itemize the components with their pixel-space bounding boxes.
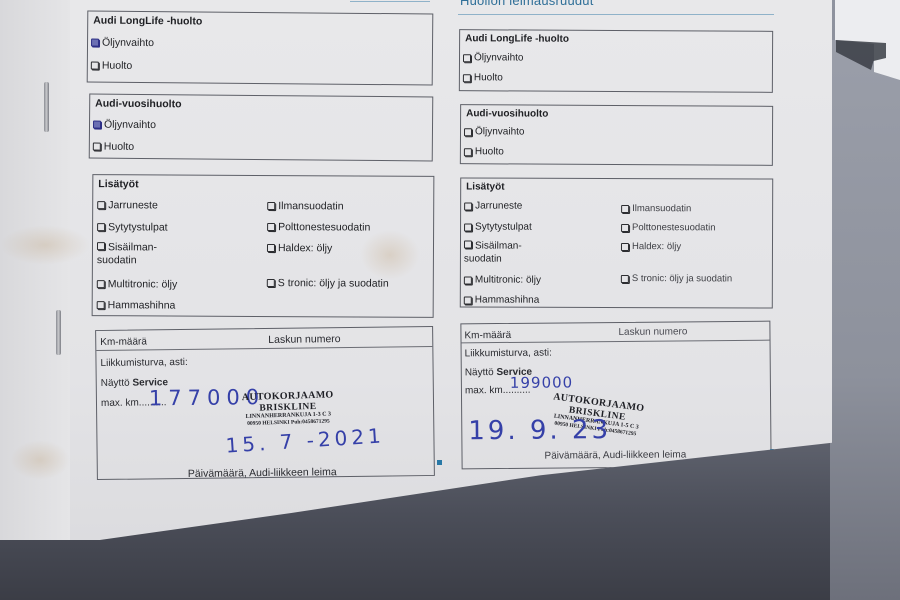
section-header: Audi-vuosihuolto <box>95 98 181 111</box>
workshop-stamp: AUTOKORJAAMO BRISKLINE LINNANHERRANKUJA … <box>223 389 354 428</box>
handwritten-date: 19. 9. 23 <box>468 415 611 446</box>
checkbox-item[interactable]: Öljynvaihto <box>463 52 524 63</box>
left-service-record: Km-määrä Laskun numero Liikkumisturva, a… <box>95 326 435 480</box>
checkbox-item[interactable]: Sisäilman-suodatin <box>464 239 539 265</box>
km-label: Km-määrä <box>464 330 511 341</box>
checkbox-label: Ilmansuodatin <box>632 203 691 214</box>
checkbox-item[interactable]: Öljynvaihto <box>91 37 154 50</box>
checkbox-item[interactable]: Öljynvaihto <box>93 119 156 132</box>
checkbox-icon[interactable] <box>621 205 629 213</box>
right-annual-section: Audi-vuosihuolto Öljynvaihto Huolto <box>460 104 773 166</box>
checkbox-label: Sytytystulpat <box>475 222 532 233</box>
checkbox-icon[interactable] <box>463 54 471 62</box>
checkbox-icon[interactable] <box>464 240 472 248</box>
checkbox-icon[interactable] <box>97 242 105 250</box>
invoice-label: Laskun numero <box>618 326 687 338</box>
checkbox-item[interactable]: Huolto <box>464 146 504 157</box>
checkbox-item[interactable]: Polttonestesuodatin <box>621 222 715 233</box>
checkbox-item[interactable]: Multitronic: öljy <box>97 278 177 290</box>
section-header: Audi LongLife -huolto <box>93 15 202 28</box>
checkbox-icon[interactable] <box>464 223 472 231</box>
checkbox-icon[interactable] <box>267 223 275 231</box>
checkbox-item[interactable]: Jarruneste <box>464 200 522 211</box>
checkbox-label: Sisäilman-suodatin <box>97 241 157 266</box>
section-header: Audi LongLife -huolto <box>465 33 569 45</box>
checkbox-icon[interactable] <box>464 296 472 304</box>
mobility-label: Liikkumisturva, asti: <box>465 348 552 360</box>
checkbox-icon[interactable] <box>91 62 99 70</box>
checkbox-item[interactable]: Hammashihna <box>97 299 176 311</box>
right-longlife-section: Audi LongLife -huolto Öljynvaihto Huolto <box>459 29 773 93</box>
checkbox-label: Multitronic: öljy <box>475 275 541 286</box>
checkbox-item[interactable]: Sytytystulpat <box>464 221 532 232</box>
checkbox-label: Öljynvaihto <box>102 37 154 49</box>
checkbox-item[interactable]: Huolto <box>93 141 134 153</box>
right-service-record: Km-määrä Laskun numero Liikkumisturva, a… <box>460 321 771 470</box>
checkbox-checked-icon[interactable] <box>93 121 101 129</box>
checkbox-item[interactable]: S tronic: öljy ja suodatin <box>267 277 389 290</box>
checkbox-checked-icon[interactable] <box>91 39 99 47</box>
checkbox-icon[interactable] <box>621 243 629 251</box>
invoice-label: Laskun numero <box>268 333 341 346</box>
page-title: Huollon leimausruudut <box>460 0 594 8</box>
staple-bottom <box>56 310 61 355</box>
checkbox-label: Haldex: öljy <box>632 241 681 252</box>
left-annual-section: Audi-vuosihuolto Öljynvaihto Huolto <box>89 94 434 162</box>
title-rule <box>458 14 774 15</box>
left-extras-section: Lisätyöt Jarruneste Sytytystulpat Sisäil… <box>92 174 435 318</box>
checkbox-item[interactable]: Ilmansuodatin <box>621 203 691 214</box>
date-stamp-label: Päivämäärä, Audi-liikkeen leima <box>544 449 686 461</box>
stain <box>0 225 90 265</box>
checkbox-item[interactable]: Multitronic: öljy <box>464 274 541 285</box>
display-label: Näyttö <box>465 367 494 378</box>
stain <box>700 460 790 510</box>
service-booklet: Huollon leimausruudut Audi LongLife -huo… <box>0 0 832 540</box>
stain <box>10 440 70 480</box>
checkbox-icon[interactable] <box>464 148 472 156</box>
staple-top <box>44 82 49 132</box>
checkbox-label: Öljynvaihto <box>474 52 524 63</box>
checkbox-item[interactable]: Haldex: öljy <box>621 241 681 252</box>
checkbox-item[interactable]: Hammashihna <box>464 294 540 305</box>
section-header: Lisätyöt <box>98 178 138 190</box>
checkbox-label: Polttonestesuodatin <box>278 221 370 233</box>
checkbox-item[interactable]: Sytytystulpat <box>97 221 168 233</box>
checkbox-label: Hammashihna <box>475 295 540 306</box>
checkbox-item[interactable]: S tronic: öljy ja suodatin <box>621 273 732 284</box>
checkbox-label: Jarruneste <box>108 199 158 211</box>
checkbox-label: Öljynvaihto <box>475 126 525 137</box>
checkbox-label: S tronic: öljy ja suodatin <box>632 273 732 284</box>
checkbox-icon[interactable] <box>267 279 275 287</box>
checkbox-item[interactable]: Öljynvaihto <box>464 126 525 137</box>
checkbox-label: S tronic: öljy ja suodatin <box>278 277 389 290</box>
checkbox-label: Polttonestesuodatin <box>632 222 715 233</box>
page-marker <box>770 449 774 453</box>
checkbox-label: Multitronic: öljy <box>108 278 177 290</box>
handwritten-date: 15. 7 -2021 <box>225 423 386 457</box>
checkbox-label: Huolto <box>475 146 504 157</box>
checkbox-icon[interactable] <box>621 275 629 283</box>
checkbox-item[interactable]: Polttonestesuodatin <box>267 221 370 234</box>
section-header: Audi-vuosihuolto <box>466 108 548 119</box>
checkbox-icon[interactable] <box>267 244 275 252</box>
page-marker <box>437 460 442 465</box>
section-header: Lisätyöt <box>466 181 504 192</box>
checkbox-label: Sisäilman-suodatin <box>464 241 522 265</box>
checkbox-item[interactable]: Ilmansuodatin <box>267 200 343 212</box>
checkbox-icon[interactable] <box>464 202 472 210</box>
checkbox-label: Huolto <box>102 60 132 72</box>
checkbox-icon[interactable] <box>463 74 471 82</box>
checkbox-icon[interactable] <box>97 280 105 288</box>
checkbox-icon[interactable] <box>464 128 472 136</box>
checkbox-item[interactable]: Haldex: öljy <box>267 242 332 254</box>
checkbox-icon[interactable] <box>464 276 472 284</box>
km-label: Km-määrä <box>100 336 147 348</box>
checkbox-icon[interactable] <box>267 202 275 210</box>
date-stamp-label: Päivämäärä, Audi-liikkeen leima <box>188 466 337 480</box>
checkbox-label: Jarruneste <box>475 201 522 212</box>
checkbox-label: Hammashihna <box>108 299 176 311</box>
left-longlife-section: Audi LongLife -huolto Öljynvaihto Huolto <box>87 10 434 85</box>
display-label: Näyttö <box>101 378 130 389</box>
checkbox-item[interactable]: Sisäilman-suodatin <box>97 241 177 267</box>
checkbox-item[interactable]: Jarruneste <box>97 199 158 211</box>
checkbox-label: Haldex: öljy <box>278 242 332 254</box>
checkbox-icon[interactable] <box>93 143 101 151</box>
checkbox-icon[interactable] <box>97 301 105 309</box>
checkbox-icon[interactable] <box>621 224 629 232</box>
checkbox-item[interactable]: Huolto <box>463 72 503 83</box>
checkbox-label: Huolto <box>474 72 503 83</box>
mobility-label: Liikkumisturva, asti: <box>100 357 187 369</box>
checkbox-label: Huolto <box>104 141 134 153</box>
checkbox-label: Öljynvaihto <box>104 119 156 131</box>
checkbox-item[interactable]: Huolto <box>91 60 132 72</box>
checkbox-label: Ilmansuodatin <box>278 200 343 212</box>
background-surface <box>830 40 900 600</box>
right-extras-section: Lisätyöt Jarruneste Sytytystulpat Sisäil… <box>460 177 773 308</box>
checkbox-icon[interactable] <box>97 201 105 209</box>
title-rule-left <box>350 1 430 2</box>
checkbox-label: Sytytystulpat <box>108 221 168 233</box>
checkbox-icon[interactable] <box>97 223 105 231</box>
